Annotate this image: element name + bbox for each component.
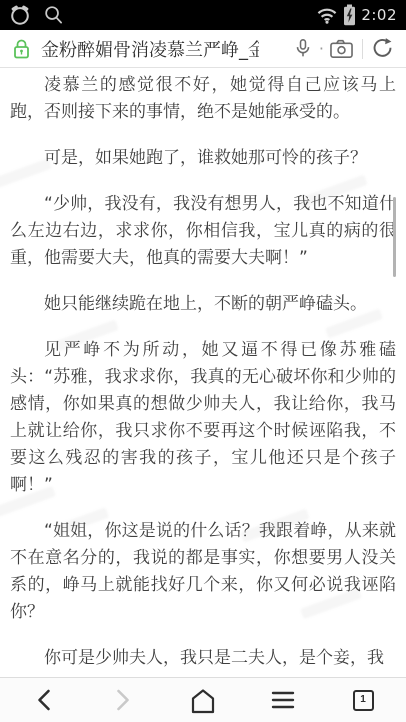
home-button[interactable] bbox=[186, 683, 220, 717]
paragraph: “姐姐，你这是说的什么话？我跟着峥，从来就不在意名分的，我说的都是事实，你想要男… bbox=[10, 518, 396, 626]
home-icon bbox=[188, 687, 218, 714]
paragraph: 可是，如果她跑了，谁救她那可怜的孩子？ bbox=[10, 145, 396, 172]
wifi-icon bbox=[316, 6, 338, 24]
search-icon bbox=[43, 4, 64, 26]
lock-icon[interactable] bbox=[12, 38, 31, 60]
tabs-button[interactable]: 1 bbox=[346, 683, 380, 717]
battery-charging-icon bbox=[343, 4, 356, 26]
alarm-clock-icon bbox=[9, 3, 31, 27]
paragraph: 见严峥不为所动，她又逼不得已像苏雅磕头：“苏雅，我求求你，我真的无心破坏你和少帅… bbox=[10, 337, 396, 499]
address-bar: 金粉醉媚骨消凌慕兰严峥_金... · bbox=[0, 30, 406, 68]
paragraph: 你可是少帅夫人，我只是二夫人，是个妾，我 bbox=[10, 645, 396, 672]
scrollbar-thumb[interactable] bbox=[393, 197, 396, 277]
menu-icon bbox=[271, 690, 295, 710]
clock-time: 2:02 bbox=[361, 6, 397, 24]
paragraph: “少帅，我没有，我没有想男人，我也不知道什么左边右边，求求你，你相信我，宝儿真的… bbox=[10, 191, 396, 272]
tab-count-badge: 1 bbox=[353, 690, 374, 711]
bottom-navigation-bar: 1 bbox=[0, 677, 406, 722]
toolbar-divider bbox=[362, 39, 363, 59]
article-content: 凌慕兰的感觉很不好，她觉得自己应该马上跑，否则接下来的事情，绝不是她能承受的。可… bbox=[0, 68, 406, 677]
article: 凌慕兰的感觉很不好，她觉得自己应该马上跑，否则接下来的事情，绝不是她能承受的。可… bbox=[10, 72, 396, 672]
menu-button[interactable] bbox=[266, 683, 300, 717]
forward-chevron-icon bbox=[115, 688, 132, 712]
separator-dot: · bbox=[319, 39, 324, 58]
status-bar-notifications bbox=[9, 3, 64, 27]
microphone-icon[interactable] bbox=[292, 37, 314, 61]
back-chevron-icon bbox=[35, 688, 52, 712]
status-bar: 2:02 bbox=[0, 0, 406, 30]
refresh-icon[interactable] bbox=[371, 37, 394, 60]
camera-icon[interactable] bbox=[329, 38, 354, 60]
back-button[interactable] bbox=[26, 683, 60, 717]
paragraph: 凌慕兰的感觉很不好，她觉得自己应该马上跑，否则接下来的事情，绝不是她能承受的。 bbox=[10, 72, 396, 126]
forward-button[interactable] bbox=[106, 683, 140, 717]
paragraph: 她只能继续跪在地上，不断的朝严峥磕头。 bbox=[10, 291, 396, 318]
page-title-url[interactable]: 金粉醉媚骨消凌慕兰严峥_金... bbox=[41, 36, 259, 62]
